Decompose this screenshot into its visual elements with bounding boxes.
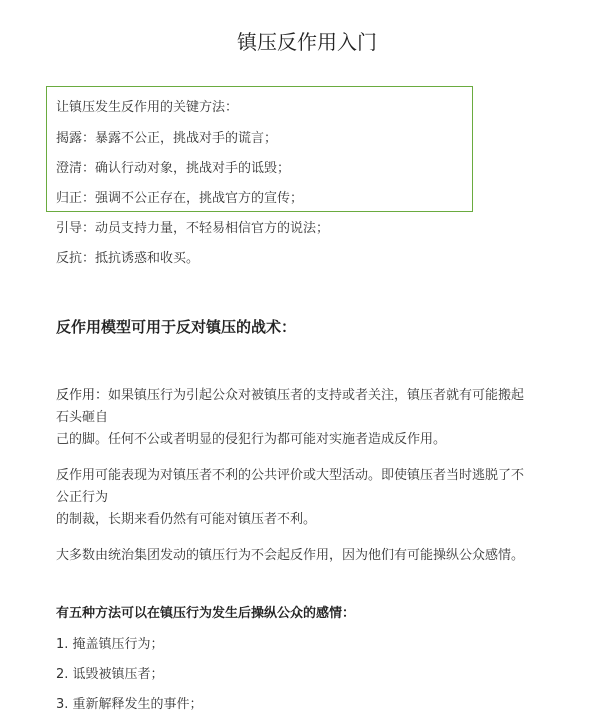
key-method-item: 澄清：确认行动对象，挑战对手的诋毁；	[56, 159, 290, 179]
paragraph-lead: 反作用：	[56, 388, 108, 403]
paragraph-line: 己的脚。任何不公或者明显的侵犯行为都可能对实施者造成反作用。	[56, 429, 536, 451]
manipulation-list-item: 1. 掩盖镇压行为；	[56, 635, 164, 655]
manipulation-list-item: 3. 重新解释发生的事件；	[56, 695, 203, 715]
section-heading: 反作用模型可用于反对镇压的战术：	[56, 316, 296, 338]
key-method-item: 揭露：暴露不公正，挑战对手的谎言；	[56, 129, 277, 149]
paragraph-backfire-effects: 反作用可能表现为对镇压者不利的公共评价或大型活动。即使镇压者当时逃脱了不公正行为…	[56, 465, 536, 531]
paragraph-line: 大多数由统治集团发动的镇压行为不会起反作用，因为他们有可能操纵公众感情。	[56, 545, 536, 567]
paragraph-line: 的制裁，长期来看仍然有可能对镇压者不利。	[56, 509, 536, 531]
page-title: 镇压反作用入门	[0, 28, 614, 56]
paragraph-backfire-definition: 反作用：如果镇压行为引起公众对被镇压者的支持或者关注，镇压者就有可能搬起石头砸自…	[56, 385, 536, 451]
key-method-item: 反抗：抵抗诱惑和收买。	[56, 249, 199, 269]
key-methods-intro: 让镇压发生反作用的关键方法：	[56, 98, 238, 118]
key-method-item: 引导：动员支持力量，不轻易相信官方的说法；	[56, 219, 329, 239]
paragraph-line: 如果镇压行为引起公众对被镇压者的支持或者关注，镇压者就有可能搬起石头砸自	[56, 388, 524, 425]
paragraph-line: 反作用可能表现为对镇压者不利的公共评价或大型活动。即使镇压者当时逃脱了不公正行为	[56, 465, 536, 509]
manipulation-heading: 有五种方法可以在镇压行为发生后操纵公众的感情：	[56, 604, 355, 624]
manipulation-list-item: 2. 诋毁被镇压者；	[56, 665, 164, 685]
key-method-item: 归正：强调不公正存在，挑战官方的宣传；	[56, 189, 303, 209]
paragraph-manipulation: 大多数由统治集团发动的镇压行为不会起反作用，因为他们有可能操纵公众感情。	[56, 545, 536, 567]
